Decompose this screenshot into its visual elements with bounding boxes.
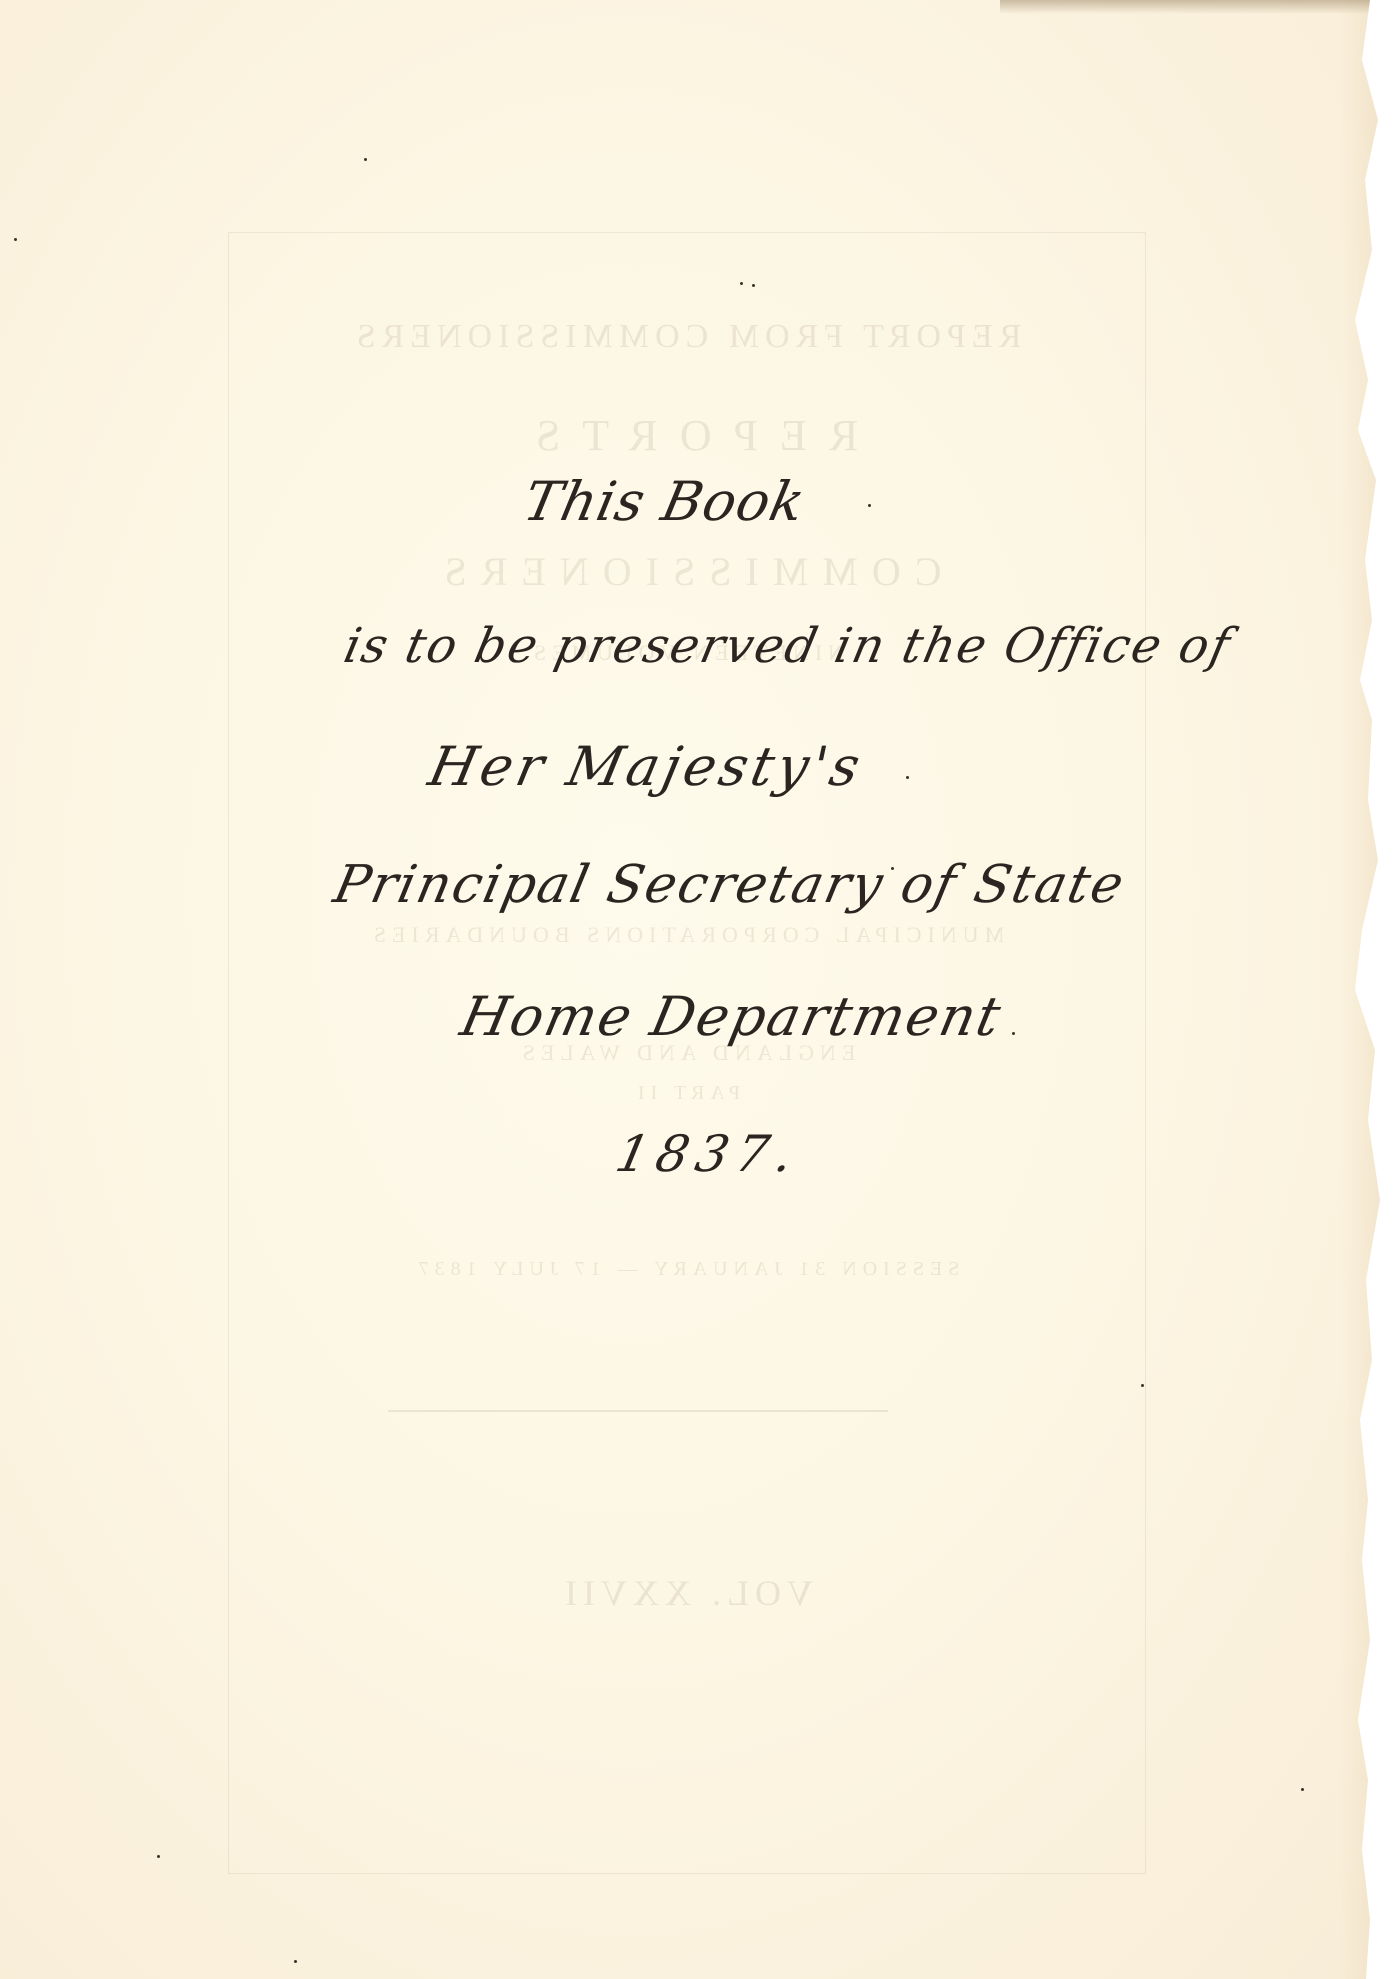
inscription-line-her-majestys: Her Majesty's	[423, 735, 869, 798]
bleed-through-session: SESSION 31 JANUARY — 17 JULY 1837	[228, 1258, 1144, 1281]
bleed-through-commissioners: COMMISSIONERS	[228, 548, 1144, 595]
ink-speck	[1301, 1788, 1304, 1791]
bleed-through-heading: REPORT FROM COMMISSIONERS	[228, 318, 1144, 356]
ink-speck	[740, 282, 743, 285]
bleed-through-subject: MUNICIPAL CORPORATIONS BOUNDARIES	[228, 922, 1144, 948]
ink-speck	[14, 238, 17, 241]
ink-speck	[1141, 1384, 1144, 1387]
bleed-through-rule	[388, 1410, 888, 1412]
ink-speck	[891, 867, 894, 870]
ink-speck	[364, 158, 367, 161]
inscription-line-home-department: Home Department	[455, 985, 1008, 1048]
bleed-through-part: PART II	[228, 1082, 1144, 1105]
ink-speck	[868, 504, 871, 507]
manuscript-page: REPORT FROM COMMISSIONERS REPORTS COMMIS…	[0, 0, 1400, 1979]
top-edge-shadow	[1000, 0, 1400, 14]
torn-edge-shading	[1340, 0, 1400, 1979]
inscription-line-year: 1837.	[611, 1125, 806, 1183]
inscription-line-preserved: is to be preserved in the Office of	[339, 618, 1236, 674]
inscription-line-secretary: Principal Secretary of State	[329, 855, 1131, 915]
bleed-through-volume-number: VOL. XXVII	[228, 1572, 1144, 1614]
ink-speck	[1012, 1032, 1015, 1035]
ink-speck	[752, 284, 755, 287]
bleed-through-reports: REPORTS	[228, 410, 1144, 461]
ink-speck	[294, 1960, 297, 1963]
inscription-line-this-book: This Book	[518, 470, 811, 533]
ink-speck	[906, 776, 909, 779]
ink-speck	[157, 1855, 160, 1858]
